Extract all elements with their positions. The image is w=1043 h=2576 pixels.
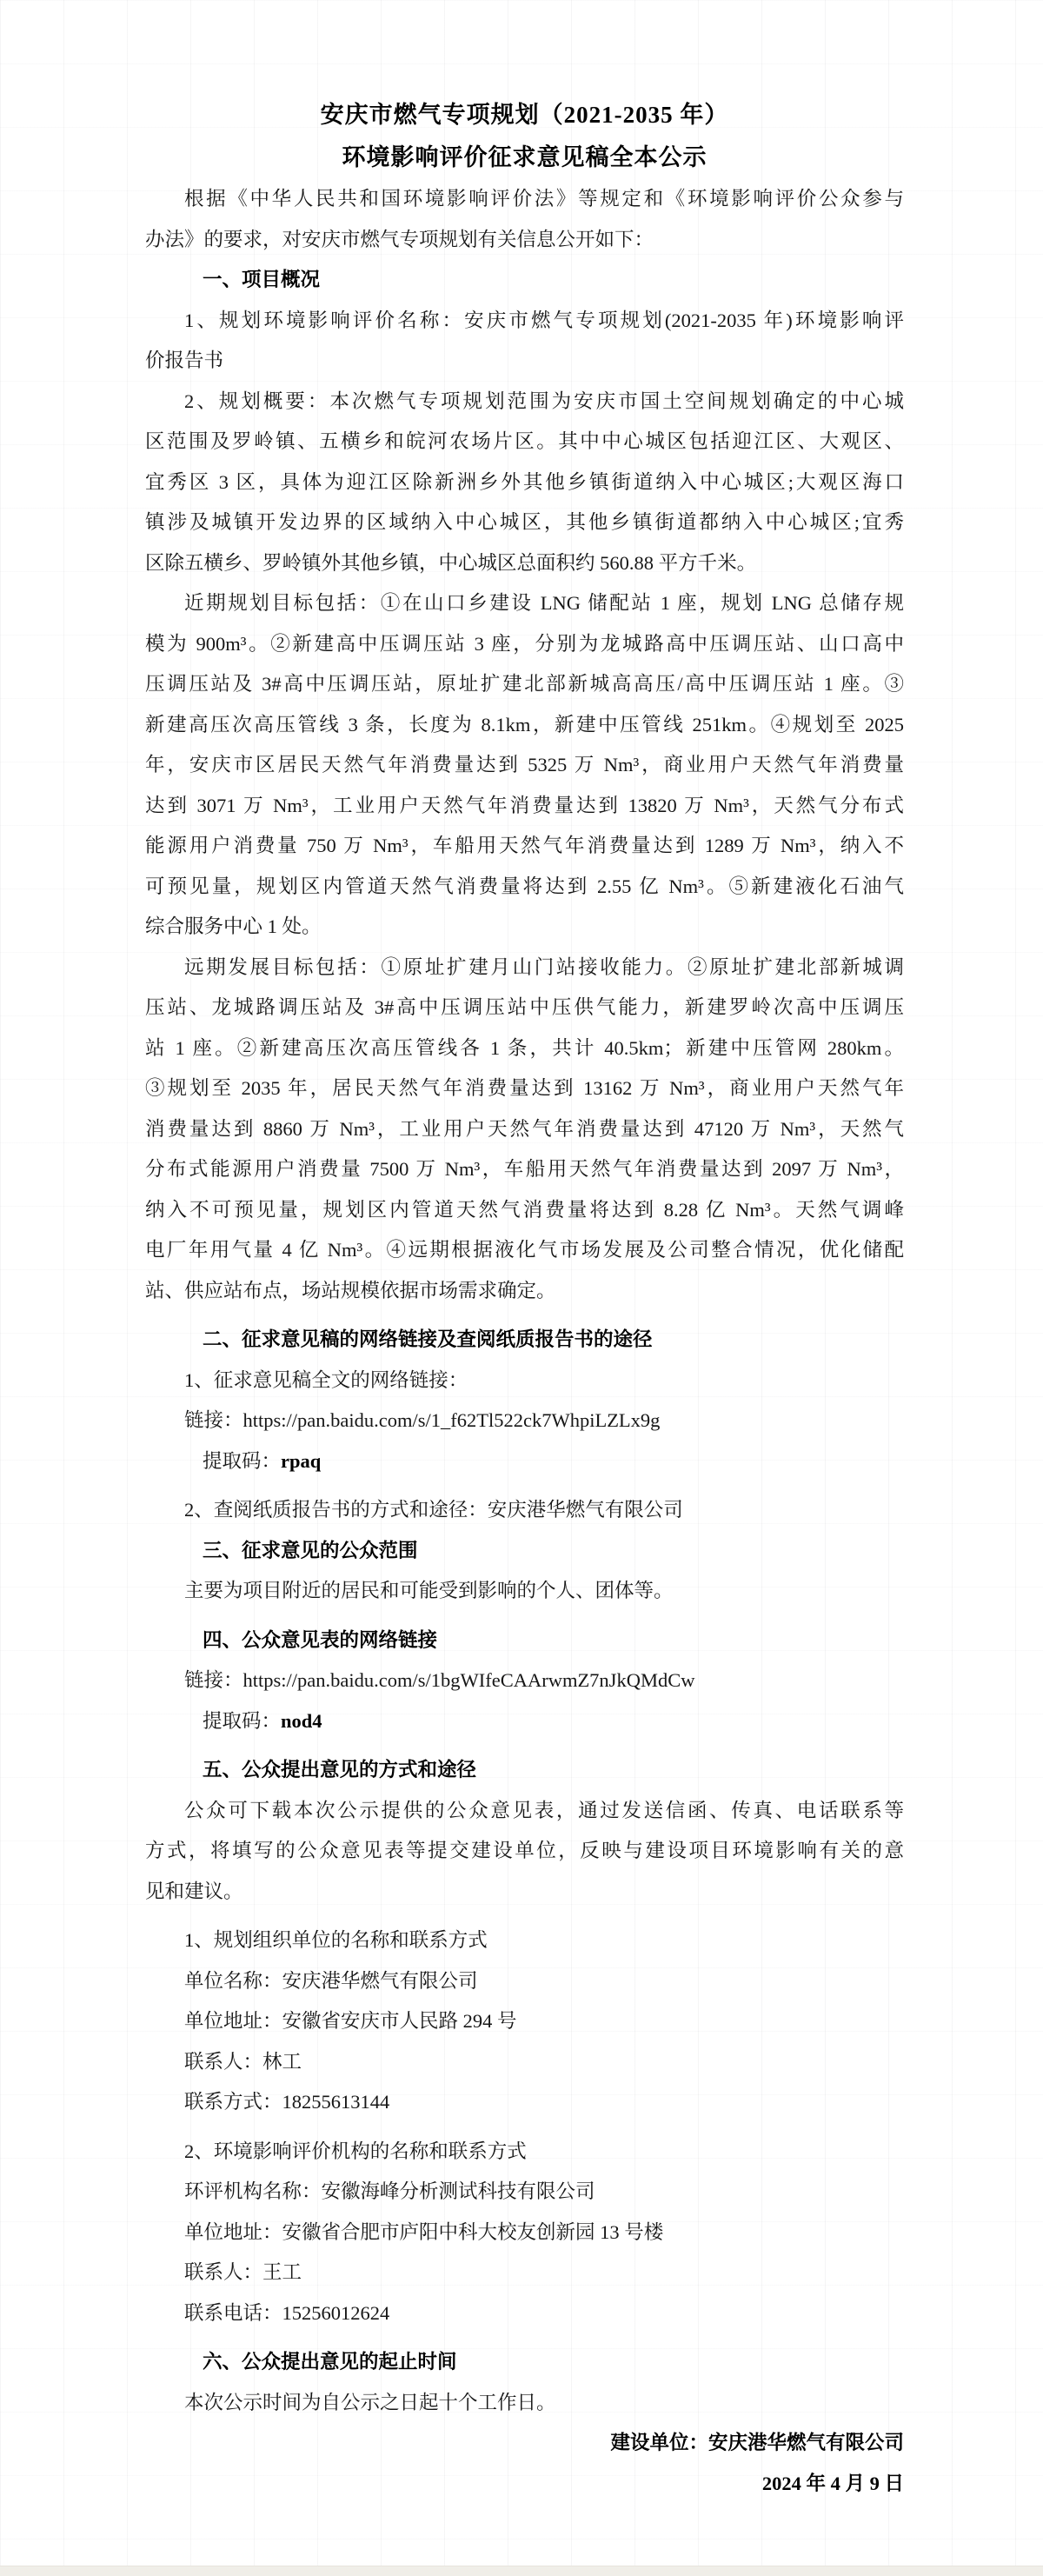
doc-subtitle: 环境影响评价征求意见稿全本公示 — [145, 136, 904, 179]
doc-line: 站 1 座。②新建高压次高压管线各 1 条，共计 40.5km；新建中压管网 2… — [145, 1028, 904, 1069]
doc-line: 2、规划概要：本次燃气专项规划范围为安庆市国土空间规划确定的中心城 — [145, 382, 904, 423]
code-value: nod4 — [281, 1710, 322, 1732]
doc-title: 安庆市燃气专项规划（2021-2035 年） — [145, 94, 904, 136]
baidu-link-line: 链接：https://pan.baidu.com/s/1_f62Tl522ck7… — [145, 1401, 904, 1441]
doc-line: 方式，将填写的公众意见表等提交建设单位，反映与建设项目环境影响有关的意 — [145, 1831, 904, 1872]
doc-line: 单位地址：安徽省安庆市人民路 294 号 — [145, 2001, 904, 2042]
doc-line: 联系人：王工 — [145, 2253, 904, 2293]
doc-line: 区范围及罗岭镇、五横乡和皖河农场片区。其中中心城区包括迎江区、大观区、 — [145, 422, 904, 463]
doc-line: 区除五横乡、罗岭镇外其他乡镇，中心城区总面积约 560.88 平方千米。 — [145, 543, 904, 584]
doc-line: 新建高压次高压管线 3 条，长度为 8.1km，新建中压管线 251km。④规划… — [145, 705, 904, 746]
doc-body: 根据《中华人民共和国环境影响评价法》等规定和《环境影响评价公众参与办法》的要求，… — [145, 179, 904, 2504]
doc-line: 单位名称：安庆港华燃气有限公司 — [145, 1961, 904, 2002]
doc-line: 消费量达到 8860 万 Nm³，工业用户天然气年消费量达到 47120 万 N… — [145, 1109, 904, 1150]
section-heading-6: 六、公众提出意见的起止时间 — [145, 2342, 904, 2383]
doc-line: 近期规划目标包括：①在山口乡建设 LNG 储配站 1 座，规划 LNG 总储存规 — [145, 583, 904, 624]
doc-line: 1、规划组织单位的名称和联系方式 — [145, 1920, 904, 1961]
extraction-code-line: 提取码：rpaq — [145, 1441, 904, 1482]
doc-line: 见和建议。 — [145, 1872, 904, 1913]
code-value: rpaq — [281, 1450, 321, 1472]
doc-line: 镇涉及城镇开发边界的区域纳入中心城区，其他乡镇街道都纳入中心城区;宜秀 — [145, 503, 904, 543]
doc-line: 电厂年用气量 4 亿 Nm³。④远期根据液化气市场发展及公司整合情况，优化储配 — [145, 1230, 904, 1271]
doc-line: 远期发展目标包括：①原址扩建月山门站接收能力。②原址扩建北部新城调 — [145, 948, 904, 988]
construction-unit-line: 建设单位：安庆港华燃气有限公司 — [145, 2423, 904, 2464]
section-heading-2: 二、征求意见稿的网络链接及查阅纸质报告书的途径 — [145, 1320, 904, 1361]
page-background: { "document": { "title_lines": [ "安庆市燃气专… — [0, 0, 1043, 2576]
page-bottom-strip — [0, 2566, 1043, 2576]
doc-line: 联系方式：18255613144 — [145, 2082, 904, 2123]
section-heading-4: 四、公众意见表的网络链接 — [145, 1621, 904, 1661]
doc-line: 年，安庆市区居民天然气年消费量达到 5325 万 Nm³，商业用户天然气年消费量 — [145, 745, 904, 786]
doc-line: 压站、龙城路调压站及 3#高中压调压站中压供气能力，新建罗岭次高中压调压 — [145, 988, 904, 1028]
announcement-document: 安庆市燃气专项规划（2021-2035 年） 环境影响评价征求意见稿全本公示 根… — [145, 0, 904, 2504]
doc-line: ③规划至 2035 年，居民天然气年消费量达到 13162 万 Nm³，商业用户… — [145, 1068, 904, 1109]
doc-line: 分布式能源用户消费量 7500 万 Nm³，车船用天然气年消费量达到 2097 … — [145, 1149, 904, 1190]
doc-line: 价报告书 — [145, 341, 904, 382]
doc-line: 站、供应站布点，场站规模依据市场需求确定。 — [145, 1271, 904, 1312]
doc-line: 2、查阅纸质报告书的方式和途径：安庆港华燃气有限公司 — [145, 1490, 904, 1531]
doc-line: 根据《中华人民共和国环境影响评价法》等规定和《环境影响评价公众参与 — [145, 179, 904, 220]
doc-line: 综合服务中心 1 处。 — [145, 907, 904, 948]
doc-line: 本次公示时间为自公示之日起十个工作日。 — [145, 2383, 904, 2424]
doc-line: 1、规划环境影响评价名称：安庆市燃气专项规划(2021-2035 年)环境影响评 — [145, 301, 904, 342]
doc-line: 模为 900m³。②新建高中压调压站 3 座，分别为龙城路高中压调压站、山口高中 — [145, 624, 904, 665]
doc-line: 单位地址：安徽省合肥市庐阳中科大校友创新园 13 号楼 — [145, 2213, 904, 2253]
code-label: 提取码： — [203, 1450, 281, 1472]
extraction-code-line: 提取码：nod4 — [145, 1701, 904, 1742]
doc-line: 联系人：林工 — [145, 2042, 904, 2083]
doc-line: 主要为项目附近的居民和可能受到影响的个人、团体等。 — [145, 1571, 904, 1612]
doc-line: 压调压站及 3#高中压调压站，原址扩建北部新城高高压/高中压调压站 1 座。③ — [145, 664, 904, 705]
doc-line: 宜秀区 3 区，具体为迎江区除新洲乡外其他乡镇街道纳入中心城区;大观区海口 — [145, 463, 904, 503]
doc-line: 可预见量，规划区内管道天然气消费量将达到 2.55 亿 Nm³。⑤新建液化石油气 — [145, 867, 904, 908]
section-heading-1: 一、项目概况 — [145, 260, 904, 301]
doc-line: 纳入不可预见量，规划区内管道天然气消费量将达到 8.28 亿 Nm³。天然气调峰 — [145, 1190, 904, 1231]
code-label: 提取码： — [203, 1710, 281, 1732]
doc-line: 1、征求意见稿全文的网络链接： — [145, 1361, 904, 1401]
doc-line: 联系电话：15256012624 — [145, 2293, 904, 2334]
doc-line: 办法》的要求，对安庆市燃气专项规划有关信息公开如下： — [145, 220, 904, 261]
doc-line: 公众可下载本次公示提供的公众意见表，通过发送信函、传真、电话联系等 — [145, 1791, 904, 1832]
section-heading-3: 三、征求意见的公众范围 — [145, 1531, 904, 1572]
publish-date-line: 2024 年 4 月 9 日 — [145, 2464, 904, 2505]
doc-line: 达到 3071 万 Nm³，工业用户天然气年消费量达到 13820 万 Nm³，… — [145, 786, 904, 827]
doc-line: 能源用户消费量 750 万 Nm³，车船用天然气年消费量达到 1289 万 Nm… — [145, 826, 904, 867]
doc-line: 2、环境影响评价机构的名称和联系方式 — [145, 2132, 904, 2173]
doc-line: 环评机构名称：安徽海峰分析测试科技有限公司 — [145, 2172, 904, 2213]
section-heading-5: 五、公众提出意见的方式和途径 — [145, 1750, 904, 1791]
baidu-link-line: 链接：https://pan.baidu.com/s/1bgWIfeCAArwm… — [145, 1661, 904, 1701]
